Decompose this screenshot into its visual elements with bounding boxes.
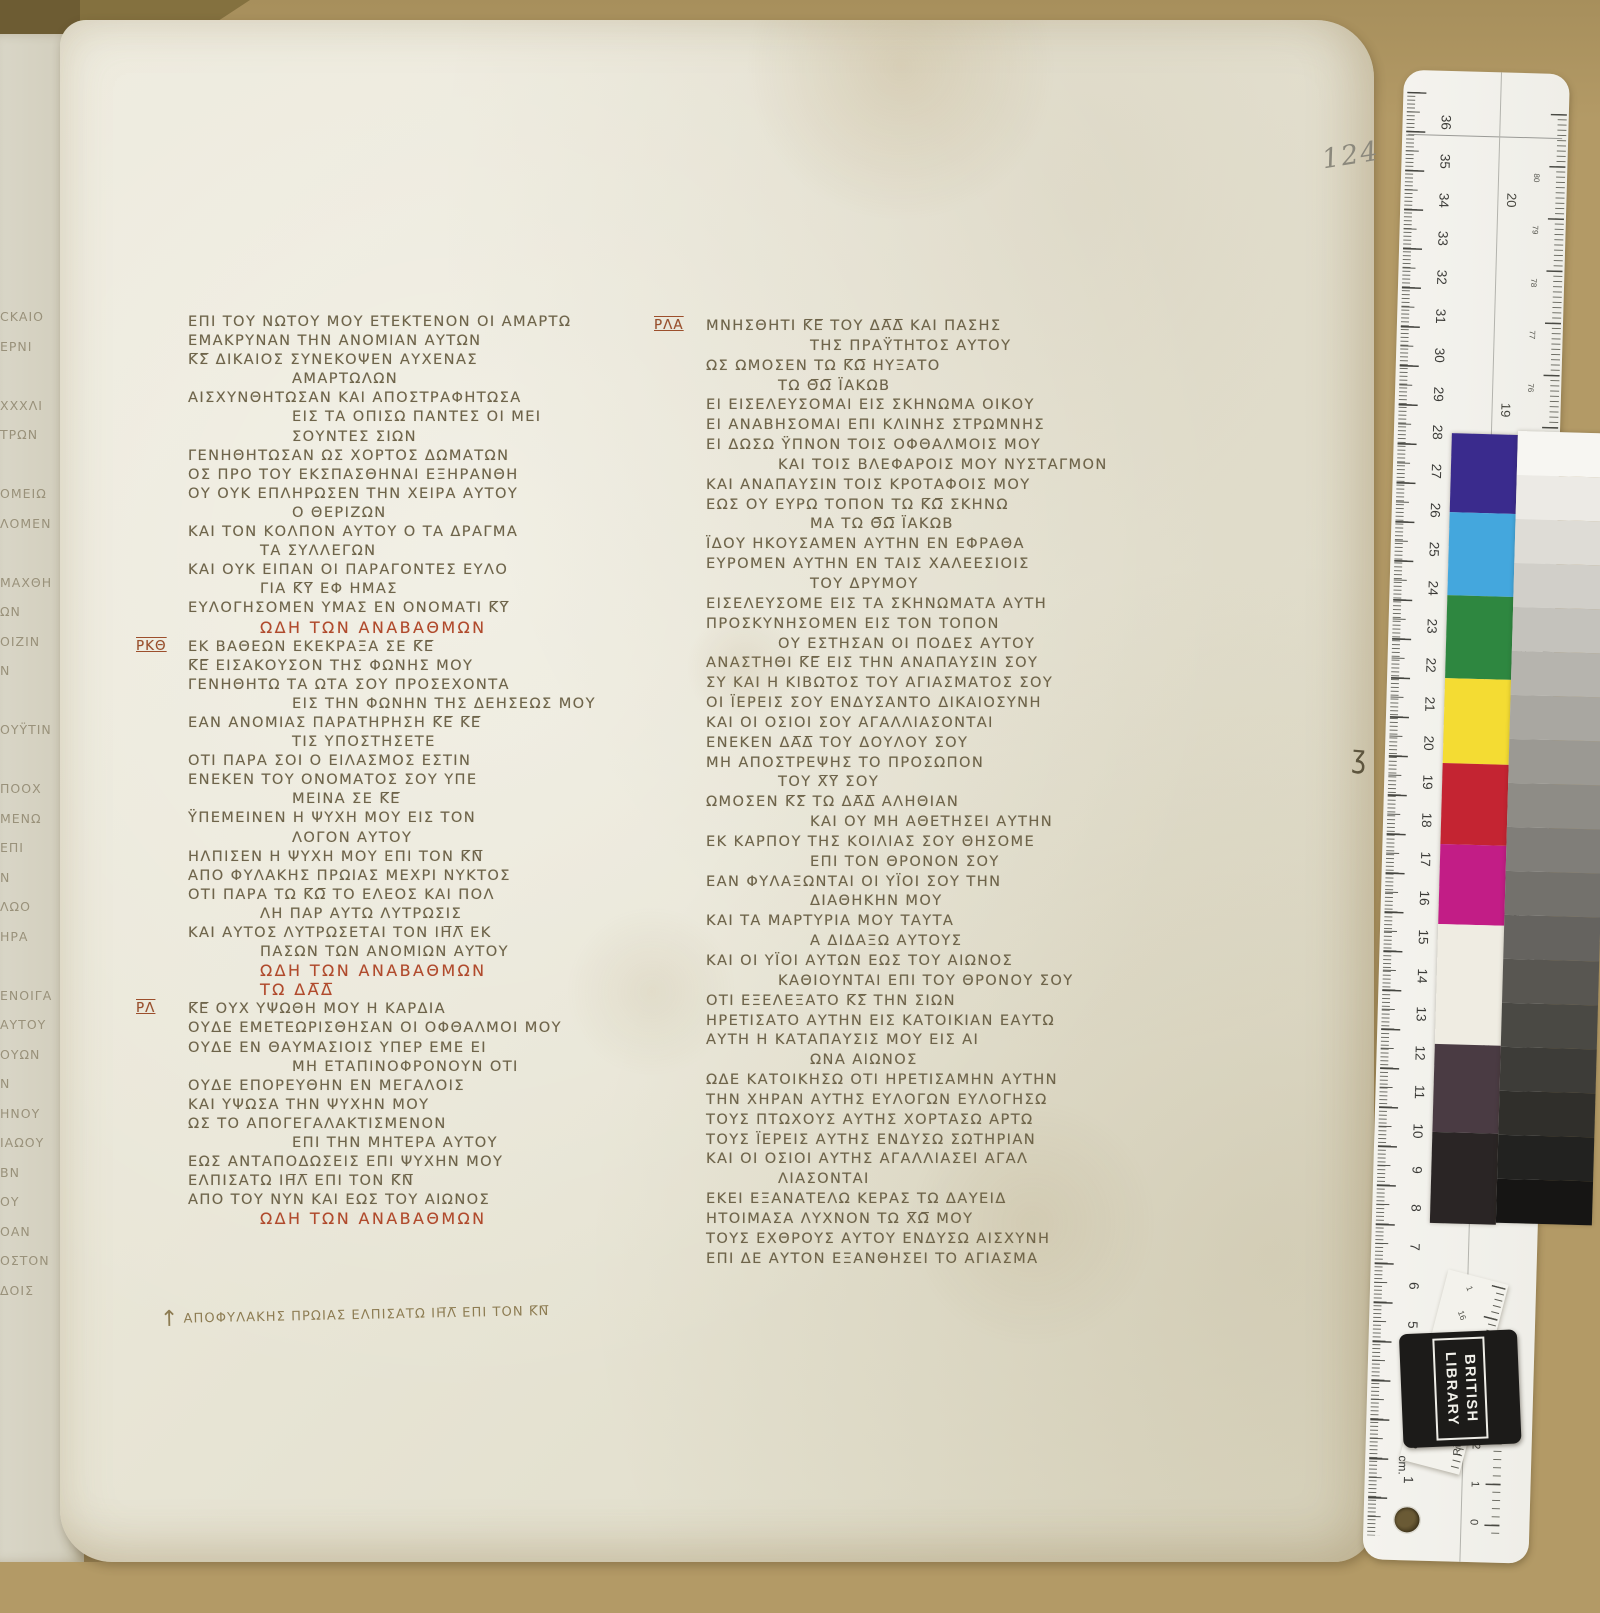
manuscript-photo: { "document": { "folio_number": "124", "… [0, 0, 1600, 1613]
line-text: ΗΤΟΙΜΑΣΑ ΛΥΧΝΟΝ ΤΩ Χ̅Ω̅ ΜΟΥ [706, 1210, 973, 1227]
grayscale-step [1506, 827, 1600, 874]
manuscript-line: ΩΝΑ ΑΙΩΝΟΣ [706, 1050, 1108, 1070]
manuscript-line: ΗΡΕΤΙΣΑΤΟ ΑΥΤΗΝ ΕΙΣ ΚΑΤΟΙΚΙΑΝ ΕΑΥΤΩ [706, 1011, 1108, 1031]
line-text: Α ΔΙΔΑΞΩ ΑΥΤΟΥΣ [810, 932, 962, 949]
manuscript-line: ΕΜΑΚΡΥΝΑΝ ΤΗΝ ΑΝΟΜΙΑΝ ΑΥΤΩΝ [188, 331, 596, 350]
manuscript-line: Κ̅Σ̅ ΔΙΚΑΙΟΣ ΣΥΝΕΚΟΨΕΝ ΑΥΧΕΝΑΣ [188, 350, 596, 369]
ruler-number: 10 [1411, 1123, 1426, 1138]
manuscript-line: ΚΑΙ ΟΙ ΥΪΟΙ ΑΥΤΩΝ ΕΩΣ ΤΟΥ ΑΙΩΝΟΣ [706, 951, 1108, 971]
line-text: ΟΥΔΕ ΕΝ ΘΑΥΜΑΣΙΟΙΣ ΥΠΕΡ ΕΜΕ ΕΙ [188, 1039, 487, 1056]
british-library-label-box: BRITISH LIBRARY [1432, 1337, 1488, 1441]
manuscript-line: ΚΑΙ ΑΝΑΠΑΥΣΙΝ ΤΟΙΣ ΚΡΟΤΑΦΟΙΣ ΜΟΥ [706, 475, 1108, 495]
ruler-number: 11 [1412, 1085, 1427, 1099]
line-text: Κ̅Σ̅ ΔΙΚΑΙΟΣ ΣΥΝΕΚΟΨΕΝ ΑΥΧΕΝΑΣ [188, 351, 478, 368]
manuscript-line: ΤΟΥΣ ΠΤΩΧΟΥΣ ΑΥΤΗΣ ΧΟΡΤΑΣΩ ΑΡΤΩ [706, 1110, 1108, 1130]
line-text: ΚΑΙ ΤΟΝ ΚΟΛΠΟΝ ΑΥΤΟΥ Ο ΤΑ ΔΡΑΓΜΑ [188, 523, 518, 540]
manuscript-line: ΕΛΠΙΣΑΤΩ ΙΗ̅Λ̅ ΕΠΙ ΤΟΝ Κ̅Ν̅ [188, 1171, 596, 1190]
line-text: ΕΥΛΟΓΗΣΟΜΕΝ ΥΜΑΣ ΕΝ ΟΝΟΜΑΤΙ Κ̅Υ̅ [188, 599, 510, 616]
manuscript-line: ΕΙΣ ΤΗΝ ΦΩΝΗΝ ΤΗΣ ΔΕΗΣΕΩΣ ΜΟΥ [188, 694, 596, 713]
folio-number: 124 [1320, 136, 1382, 176]
manuscript-line: ΡΛΑΜΝΗΣΘΗΤΙ Κ̅Ε̅ ΤΟΥ ΔΑ̅Δ̅ ΚΑΙ ΠΑΣΗΣ [706, 316, 1108, 336]
ruler-number: 21 [1423, 696, 1438, 711]
line-text: ΣΥ ΚΑΙ Η ΚΙΒΩΤΟΣ ΤΟΥ ΑΓΙΑΣΜΑΤΟΣ ΣΟΥ [706, 674, 1053, 691]
manuscript-line: ΕΙΣΕΛΕΥΣΟΜΕ ΕΙΣ ΤΑ ΣΚΗΝΩΜΑΤΑ ΑΥΤΗ [706, 594, 1108, 614]
line-text: ΤΟΥΣ ΪΕΡΕΙΣ ΑΥΤΗΣ ΕΝΔΥΣΩ ΣΩΤΗΡΙΑΝ [706, 1131, 1036, 1148]
manuscript-line: ΕΙ ΔΩΣΩ ΫΠΝΟΝ ΤΟΙΣ ΟΦΘΑΛΜΟΙΣ ΜΟΥ [706, 435, 1108, 455]
manuscript-line: ΡΚΘΕΚ ΒΑΘΕΩΝ ΕΚΕΚΡΑΞΑ ΣΕ Κ̅Ε̅ [188, 637, 596, 656]
line-text: ΚΑΘΙΟΥΝΤΑΙ ΕΠΙ ΤΟΥ ΘΡΟΝΟΥ ΣΟΥ [778, 972, 1074, 989]
line-text: ΤΟΥ Χ̅Υ̅ ΣΟΥ [778, 773, 879, 790]
line-text: ΟΙ ΪΕΡΕΙΣ ΣΟΥ ΕΝΔΥΣΑΝΤΟ ΔΙΚΑΙΟΣΥΝΗ [706, 694, 1042, 711]
grayscale-step [1497, 1135, 1594, 1182]
line-text: ΠΑΣΩΝ ΤΩΝ ΑΝΟΜΙΩΝ ΑΥΤΟΥ [260, 943, 509, 960]
manuscript-line: ΤΗΣ ΠΡΑΫΤΗΤΟΣ ΑΥΤΟΥ [706, 336, 1108, 356]
ruler-small-number: 16 [1456, 1309, 1469, 1321]
manuscript-line: ΛΟΓΟΝ ΑΥΤΟΥ [188, 828, 596, 847]
line-text: ΕΙ ΔΩΣΩ ΫΠΝΟΝ ΤΟΙΣ ΟΦΘΑΛΜΟΙΣ ΜΟΥ [706, 436, 1041, 453]
line-text: ΩΔΗ ΤΩΝ ΑΝΑΒΑΘΜΩΝ [260, 618, 487, 637]
ruler-number: 20 [1422, 735, 1437, 750]
line-text: ΕΑΝ ΑΝΟΜΙΑΣ ΠΑΡΑΤΗΡΗΣΗ Κ̅Ε̅ Κ̅Ε̅ [188, 714, 482, 731]
ruler-number: 30 [1432, 347, 1447, 362]
manuscript-line: ΓΙΑ Κ̅Υ̅ ΕΦ ΗΜΑΣ [188, 579, 596, 598]
manuscript-line: ΜΑ ΤΩ Θ̅Ω̅ ΪΑΚΩΒ [706, 514, 1108, 534]
manuscript-line: ΚΑΙ ΑΥΤΟΣ ΛΥΤΡΩΣΕΤΑΙ ΤΟΝ ΙΗ̅Λ̅ ΕΚ [188, 923, 596, 942]
manuscript-line: ΕΠΙ ΤΟΥ ΝΩΤΟΥ ΜΟΥ ΕΤΕΚΤΕΝΟΝ ΟΙ ΑΜΑΡΤΩ [188, 312, 596, 331]
grayscale-step [1502, 959, 1599, 1006]
line-text: ΛΟΓΟΝ ΑΥΤΟΥ [292, 829, 412, 846]
manuscript-line: ΜΗ ΕΤΑΠΙΝΟΦΡΟΝΟΥΝ ΟΤΙ [188, 1057, 596, 1076]
ruler-number: 18 [1419, 813, 1434, 828]
manuscript-line: ΩΔΗ ΤΩΝ ΑΝΑΒΑΘΜΩΝ [188, 1209, 596, 1228]
manuscript-line: ΟΥΔΕ ΕΠΟΡΕΥΘΗΝ ΕΝ ΜΕΓΑΛΟΙΣ [188, 1076, 596, 1095]
text-column-right: ΡΛΑΜΝΗΣΘΗΤΙ Κ̅Ε̅ ΤΟΥ ΔΑ̅Δ̅ ΚΑΙ ΠΑΣΗΣ ΤΗΣ… [706, 316, 1108, 1269]
manuscript-line: ΕΥΡΟΜΕΝ ΑΥΤΗΝ ΕΝ ΤΑΙΣ ΧΑΛΕΕΣΙΟΙΣ [706, 554, 1108, 574]
line-text: ΕΙΣΕΛΕΥΣΟΜΕ ΕΙΣ ΤΑ ΣΚΗΝΩΜΑΤΑ ΑΥΤΗ [706, 595, 1047, 612]
manuscript-line: ΠΑΣΩΝ ΤΩΝ ΑΝΟΜΙΩΝ ΑΥΤΟΥ [188, 942, 596, 961]
line-text: ΫΠΕΜΕΙΝΕΝ Η ΨΥΧΗ ΜΟΥ ΕΙΣ ΤΟΝ [188, 809, 476, 826]
ruler-number: 9 [1410, 1166, 1425, 1174]
line-text: ΚΑΙ ΑΝΑΠΑΥΣΙΝ ΤΟΙΣ ΚΡΟΤΑΦΟΙΣ ΜΟΥ [706, 476, 1031, 493]
line-text: ΤΩ Θ̅Ω̅ ΪΑΚΩΒ [778, 377, 890, 394]
color-patch [1435, 924, 1504, 1046]
manuscript-line: Κ̅Ε̅ ΕΙΣΑΚΟΥΣΟΝ ΤΗΣ ΦΩΝΗΣ ΜΟΥ [188, 656, 596, 675]
manuscript-line: ΤΟΥ ΔΡΥΜΟΥ [706, 574, 1108, 594]
insertion-arrow-mark: ↑ [160, 1307, 180, 1332]
line-text: ΗΡΕΤΙΣΑΤΟ ΑΥΤΗΝ ΕΙΣ ΚΑΤΟΙΚΙΑΝ ΕΑΥΤΩ [706, 1012, 1055, 1029]
line-text: ΕΙΣ ΤΑ ΟΠΙΣΩ ΠΑΝΤΕΣ ΟΙ ΜΕΙ [292, 408, 542, 425]
line-text: ΕΙ ΑΝΑΒΗΣΟΜΑΙ ΕΠΙ ΚΛΙΝΗΣ ΣΤΡΩΜΝΗΣ [706, 416, 1045, 433]
manuscript-line: ΑΥΤΗ Η ΚΑΤΑΠΑΥΣΙΣ ΜΟΥ ΕΙΣ ΑΙ [706, 1030, 1108, 1050]
ruler-number: 22 [1424, 658, 1439, 673]
line-text: ΩΔΗ ΤΩΝ ΑΝΑΒΑΘΜΩΝ [260, 961, 487, 980]
manuscript-line: ΜΗ ΑΠΟΣΤΡΕΨΗΣ ΤΟ ΠΡΟΣΩΠΟΝ [706, 753, 1108, 773]
ruler-number: 14 [1415, 968, 1430, 983]
library-label-line2: LIBRARY [1440, 1352, 1462, 1427]
line-text: ΕΙ ΕΙΣΕΛΕΥΣΟΜΑΙ ΕΙΣ ΣΚΗΝΩΜΑ ΟΙΚΟΥ [706, 396, 1035, 413]
manuscript-line: ΚΑΙ ΤΑ ΜΑΡΤΥΡΙΑ ΜΟΥ ΤΑΥΤΑ [706, 911, 1108, 931]
manuscript-line: ΕΚΕΙ ΕΞΑΝΑΤΕΛΩ ΚΕΡΑΣ ΤΩ ΔΑΥΕΙΔ [706, 1189, 1108, 1209]
color-patch [1432, 1044, 1500, 1134]
margin-squiggle-mark: ʒ [1351, 738, 1367, 775]
line-text: ΠΡΟΣΚΥΝΗΣΟΜΕΝ ΕΙΣ ΤΟΝ ΤΟΠΟΝ [706, 615, 1000, 632]
manuscript-line: ΤΙΣ ΥΠΟΣΤΗΣΕΤΕ [188, 732, 596, 751]
manuscript-line: ΟΙ ΪΕΡΕΙΣ ΣΟΥ ΕΝΔΥΣΑΝΤΟ ΔΙΚΑΙΟΣΥΝΗ [706, 693, 1108, 713]
line-text: ΕΠΙ ΤΗΝ ΜΗΤΕΡΑ ΑΥΤΟΥ [292, 1134, 498, 1151]
color-patch [1445, 595, 1513, 680]
manuscript-line: ΑΜΑΡΤΩΛΩΝ [188, 369, 596, 388]
line-text: ΜΗ ΑΠΟΣΤΡΕΨΗΣ ΤΟ ΠΡΟΣΩΠΟΝ [706, 754, 984, 771]
manuscript-line: ΩΜΟΣΕΝ Κ̅Σ̅ ΤΩ ΔΑ̅Δ̅ ΑΛΗΘΙΑΝ [706, 792, 1108, 812]
line-text: ΚΑΙ ΑΥΤΟΣ ΛΥΤΡΩΣΕΤΑΙ ΤΟΝ ΙΗ̅Λ̅ ΕΚ [188, 924, 492, 941]
line-text: ΤΑ ΣΥΛΛΕΓΩΝ [260, 542, 376, 559]
manuscript-line: ΑΠΟ ΦΥΛΑΚΗΣ ΠΡΩΙΑΣ ΜΕΧΡΙ ΝΥΚΤΟΣ [188, 866, 596, 885]
line-text: ΚΑΙ ΤΟΙΣ ΒΛΕΦΑΡΟΙΣ ΜΟΥ ΝΥΣΤΑΓΜΟΝ [778, 456, 1108, 473]
ruler-number: 24 [1426, 580, 1441, 595]
color-patch [1430, 1132, 1499, 1225]
line-text: ΕΙΣ ΤΗΝ ΦΩΝΗΝ ΤΗΣ ΔΕΗΣΕΩΣ ΜΟΥ [292, 695, 596, 712]
manuscript-line: ΟΥΔΕ ΕΝ ΘΑΥΜΑΣΙΟΙΣ ΥΠΕΡ ΕΜΕ ΕΙ [188, 1038, 596, 1057]
line-text: ΛΙΑΣΟΝΤΑΙ [778, 1170, 870, 1187]
manuscript-line: ΤΟΥΣ ΕΧΘΡΟΥΣ ΑΥΤΟΥ ΕΝΔΥΣΩ ΑΙΣΧΥΝΗ [706, 1229, 1108, 1249]
ruler-number: 27 [1429, 464, 1444, 479]
manuscript-line: Ο ΘΕΡΙΖΩΝ [188, 503, 596, 522]
ruler-number: 31 [1433, 309, 1448, 324]
manuscript-line: ΟΥ ΕΣΤΗΣΑΝ ΟΙ ΠΟΔΕΣ ΑΥΤΟΥ [706, 634, 1108, 654]
line-text: ΕΝΕΚΕΝ ΔΑ̅Δ̅ ΤΟΥ ΔΟΥΛΟΥ ΣΟΥ [706, 734, 968, 751]
grayscale-step [1500, 1047, 1597, 1094]
manuscript-line: ΕΠΙ ΤΗΝ ΜΗΤΕΡΑ ΑΥΤΟΥ [188, 1133, 596, 1152]
manuscript-line: ΕΙ ΑΝΑΒΗΣΟΜΑΙ ΕΠΙ ΚΛΙΝΗΣ ΣΤΡΩΜΝΗΣ [706, 415, 1108, 435]
ruler-number: 8 [1409, 1204, 1424, 1212]
manuscript-line: ΤΟΥΣ ΪΕΡΕΙΣ ΑΥΤΗΣ ΕΝΔΥΣΩ ΣΩΤΗΡΙΑΝ [706, 1130, 1108, 1150]
manuscript-line: ΕΝΕΚΕΝ ΔΑ̅Δ̅ ΤΟΥ ΔΟΥΛΟΥ ΣΟΥ [706, 733, 1108, 753]
line-text: ΕΠΙ ΤΟΝ ΘΡΟΝΟΝ ΣΟΥ [810, 853, 1000, 870]
color-patch [1438, 844, 1506, 926]
ruler-number: 1 [1401, 1476, 1416, 1484]
line-text: ΩΝΑ ΑΙΩΝΟΣ [810, 1051, 918, 1068]
manuscript-line: ΣΟΥΝΤΕΣ ΣΙΩΝ [188, 427, 596, 446]
line-text: ΟΤΙ ΕΞΕΛΕΞΑΤΟ Κ̅Σ̅ ΤΗΝ ΣΙΩΝ [706, 992, 956, 1009]
manuscript-line: ΚΑΙ ΤΟΙΣ ΒΛΕΦΑΡΟΙΣ ΜΟΥ ΝΥΣΤΑΓΜΟΝ [706, 455, 1108, 475]
ruler-number: 28 [1430, 425, 1445, 440]
line-text: ΕΚ ΚΑΡΠΟΥ ΤΗΣ ΚΟΙΛΙΑΣ ΣΟΥ ΘΗΣΟΜΕ [706, 833, 1035, 850]
line-text: ΓΕΝΗΘΗΤΩΣΑΝ ΩΣ ΧΟΡΤΟΣ ΔΩΜΑΤΩΝ [188, 447, 509, 464]
ruler-number: 26 [1428, 502, 1443, 517]
manuscript-line: ΕΙΣ ΤΑ ΟΠΙΣΩ ΠΑΝΤΕΣ ΟΙ ΜΕΙ [188, 407, 596, 426]
line-text: ΕΝΕΚΕΝ ΤΟΥ ΟΝΟΜΑΤΟΣ ΣΟΥ ΥΠΕ [188, 771, 478, 788]
manuscript-line: ΤΟΥ Χ̅Υ̅ ΣΟΥ [706, 772, 1108, 792]
psalm-number-marginal: ΡΚΘ [136, 637, 167, 656]
ruler-number: 34 [1437, 192, 1452, 207]
measuring-ruler: 3635343332313029282726252423222120191817… [1362, 70, 1570, 1564]
manuscript-line: ΚΑΙ ΟΙ ΟΣΙΟΙ ΣΟΥ ΑΓΑΛΛΙΑΣΟΝΤΑΙ [706, 713, 1108, 733]
line-text: ΜΝΗΣΘΗΤΙ Κ̅Ε̅ ΤΟΥ ΔΑ̅Δ̅ ΚΑΙ ΠΑΣΗΣ [706, 317, 1001, 334]
corrector-marginal-note: ↑ΑΠΟΦΥΛΑΚΗΣ ΠΡΩΙΑΣ ΕΛΠΙΣΑΤΩ ΙΗ̅Λ̅ ΕΠΙ ΤΟ… [160, 1299, 550, 1332]
line-text: ΚΑΙ ΟΥΚ ΕΙΠΑΝ ΟΙ ΠΑΡΑΓΟΝΤΕΣ ΕΥΛΟ [188, 561, 508, 578]
manuscript-line: ΟΤΙ ΠΑΡΑ ΤΩ Κ̅Ω̅ ΤΟ ΕΛΕΟΣ ΚΑΙ ΠΟΛ [188, 885, 596, 904]
manuscript-line: ΚΑΙ ΤΟΝ ΚΟΛΠΟΝ ΑΥΤΟΥ Ο ΤΑ ΔΡΑΓΜΑ [188, 522, 596, 541]
line-text: ΚΑΙ ΟΥ ΜΗ ΑΘΕΤΗΣΕΙ ΑΥΤΗΝ [810, 813, 1053, 830]
line-text: ΓΙΑ Κ̅Υ̅ ΕΦ ΗΜΑΣ [260, 580, 398, 597]
line-text: ΪΔΟΥ ΗΚΟΥΣΑΜΕΝ ΑΥΤΗΝ ΕΝ ΕΦΡΑΘΑ [706, 535, 1025, 552]
manuscript-line: ΤΩ ΔΑ̅Δ̅ [188, 980, 596, 999]
manuscript-line: ΡΛΚ̅Ε̅ ΟΥΧ ΥΨΩΘΗ ΜΟΥ Η ΚΑΡΔΙΑ [188, 999, 596, 1018]
manuscript-line: ΗΤΟΙΜΑΣΑ ΛΥΧΝΟΝ ΤΩ Χ̅Ω̅ ΜΟΥ [706, 1209, 1108, 1229]
color-patch [1450, 433, 1518, 514]
line-text: ΟΥ ΟΥΚ ΕΠΛΗΡΩΣΕΝ ΤΗΝ ΧΕΙΡΑ ΑΥΤΟΥ [188, 485, 518, 502]
manuscript-line: ΕΑΝ ΑΝΟΜΙΑΣ ΠΑΡΑΤΗΡΗΣΗ Κ̅Ε̅ Κ̅Ε̅ [188, 713, 596, 732]
line-text: ΜΑ ΤΩ Θ̅Ω̅ ΪΑΚΩΒ [810, 515, 954, 532]
manuscript-line: ΕΑΝ ΦΥΛΑΞΩΝΤΑΙ ΟΙ ΥΪΟΙ ΣΟΥ ΤΗΝ [706, 872, 1108, 892]
manuscript-line: ΑΝΑΣΤΗΘΙ Κ̅Ε̅ ΕΙΣ ΤΗΝ ΑΝΑΠΑΥΣΙΝ ΣΟΥ [706, 653, 1108, 673]
grayscale-step [1507, 783, 1600, 830]
manuscript-line: ΩΣ ΤΟ ΑΠΟΓΕΓΑΛΑΚΤΙΣΜΕΝΟΝ [188, 1114, 596, 1133]
ruler-number: 19 [1420, 774, 1435, 789]
manuscript-line: ΚΑΙ ΟΥΚ ΕΙΠΑΝ ΟΙ ΠΑΡΑΓΟΝΤΕΣ ΕΥΛΟ [188, 560, 596, 579]
line-text: ΕΚ ΒΑΘΕΩΝ ΕΚΕΚΡΑΞΑ ΣΕ Κ̅Ε̅ [188, 638, 435, 655]
manuscript-line: ΤΑ ΣΥΛΛΕΓΩΝ [188, 541, 596, 560]
ruler-number: 5 [1405, 1321, 1420, 1329]
line-text: ΑΥΤΗ Η ΚΑΤΑΠΑΥΣΙΣ ΜΟΥ ΕΙΣ ΑΙ [706, 1031, 979, 1048]
color-patch [1440, 763, 1508, 846]
line-text: ΕΜΑΚΡΥΝΑΝ ΤΗΝ ΑΝΟΜΙΑΝ ΑΥΤΩΝ [188, 332, 481, 349]
ruler-number: 25 [1427, 541, 1442, 556]
manuscript-line: ΛΗ ΠΑΡ ΑΥΤΩ ΛΥΤΡΩΣΙΣ [188, 904, 596, 923]
line-text: ΟΣ ΠΡΟ ΤΟΥ ΕΚΣΠΑΣΘΗΝΑΙ ΕΞΗΡΑΝΘΗ [188, 466, 519, 483]
line-text: ΤΩ ΔΑ̅Δ̅ [260, 980, 334, 999]
line-text: ΕΛΠΙΣΑΤΩ ΙΗ̅Λ̅ ΕΠΙ ΤΟΝ Κ̅Ν̅ [188, 1172, 414, 1189]
manuscript-line: ΓΕΝΗΘΗΤΩ ΤΑ ΩΤΑ ΣΟΥ ΠΡΟΣΕΧΟΝΤΑ [188, 675, 596, 694]
manuscript-line: ΚΑΙ ΟΙ ΟΣΙΟΙ ΑΥΤΗΣ ΑΓΑΛΛΙΑΣΕΙ ΑΓΑΛ [706, 1149, 1108, 1169]
line-text: ΔΙΑΘΗΚΗΝ ΜΟΥ [810, 892, 943, 909]
ruler-number: 23 [1425, 619, 1440, 634]
manuscript-line: ΩΔΗ ΤΩΝ ΑΝΑΒΑΘΜΩΝ [188, 618, 596, 637]
color-patch [1447, 512, 1515, 597]
manuscript-line: ΕΩΣ ΑΝΤΑΠΟΔΩΣΕΙΣ ΕΠΙ ΨΥΧΗΝ ΜΟΥ [188, 1152, 596, 1171]
grayscale-step [1516, 475, 1600, 522]
grayscale-step [1511, 651, 1600, 698]
line-text: ΩΣ ΤΟ ΑΠΟΓΕΓΑΛΑΚΤΙΣΜΕΝΟΝ [188, 1115, 447, 1132]
color-patch [1443, 678, 1511, 765]
psalm-number-marginal: ΡΛΑ [654, 316, 684, 336]
manuscript-line: ΚΑΙ ΟΥ ΜΗ ΑΘΕΤΗΣΕΙ ΑΥΤΗΝ [706, 812, 1108, 832]
line-text: Κ̅Ε̅ ΟΥΧ ΥΨΩΘΗ ΜΟΥ Η ΚΑΡΔΙΑ [188, 1000, 446, 1017]
manuscript-line: ΓΕΝΗΘΗΤΩΣΑΝ ΩΣ ΧΟΡΤΟΣ ΔΩΜΑΤΩΝ [188, 446, 596, 465]
manuscript-line: ΟΣ ΠΡΟ ΤΟΥ ΕΚΣΠΑΣΘΗΝΑΙ ΕΞΗΡΑΝΘΗ [188, 465, 596, 484]
psalm-number-marginal: ΡΛ [136, 999, 155, 1018]
line-text: ΤΗΝ ΧΗΡΑΝ ΑΥΤΗΣ ΕΥΛΟΓΩΝ ΕΥΛΟΓΗΣΩ [706, 1091, 1048, 1108]
ruler-number: 20 [1504, 193, 1519, 208]
ruler-number: 36 [1439, 115, 1454, 130]
line-text: ΩΣ ΩΜΟΣΕΝ ΤΩ Κ̅Ω̅ ΗΥΞΑΤΟ [706, 357, 941, 374]
line-text: ΟΥΔΕ ΕΠΟΡΕΥΘΗΝ ΕΝ ΜΕΓΑΛΟΙΣ [188, 1077, 465, 1094]
line-text: ΣΟΥΝΤΕΣ ΣΙΩΝ [292, 428, 417, 445]
ruler-number: 32 [1435, 270, 1450, 285]
line-text: ΤΟΥΣ ΠΤΩΧΟΥΣ ΑΥΤΗΣ ΧΟΡΤΑΣΩ ΑΡΤΩ [706, 1111, 1034, 1128]
line-text: ΑΜΑΡΤΩΛΩΝ [292, 370, 398, 387]
ruler-number: 1 [1468, 1481, 1480, 1487]
ruler-number: 7 [1408, 1243, 1423, 1251]
manuscript-line: ΣΥ ΚΑΙ Η ΚΙΒΩΤΟΣ ΤΟΥ ΑΓΙΑΣΜΑΤΟΣ ΣΟΥ [706, 673, 1108, 693]
line-text: ΤΗΣ ΠΡΑΫΤΗΤΟΣ ΑΥΤΟΥ [810, 337, 1011, 354]
line-text: ΕΑΝ ΦΥΛΑΞΩΝΤΑΙ ΟΙ ΥΪΟΙ ΣΟΥ ΤΗΝ [706, 873, 1001, 890]
ruler-number: 6 [1406, 1282, 1421, 1290]
line-text: ΕΩΣ ΟΥ ΕΥΡΩ ΤΟΠΟΝ ΤΩ Κ̅Ω̅ ΣΚΗΝΩ [706, 496, 1009, 513]
ruler-number: 15 [1416, 929, 1431, 944]
manuscript-line: ΕΠΙ ΔΕ ΑΥΤΟΝ ΕΞΑΝΘΗΣΕΙ ΤΟ ΑΓΙΑΣΜΑ [706, 1249, 1108, 1269]
line-text: Ο ΘΕΡΙΖΩΝ [292, 504, 387, 521]
cm-unit-label: cm. [1395, 1455, 1410, 1475]
line-text: ΟΤΙ ΠΑΡΑ ΣΟΙ Ο ΕΙΛΑΣΜΟΣ ΕΣΤΙΝ [188, 752, 471, 769]
marginal-note-text: ΑΠΟΦΥΛΑΚΗΣ ΠΡΩΙΑΣ ΕΛΠΙΣΑΤΩ ΙΗ̅Λ̅ ΕΠΙ ΤΟΝ… [183, 1304, 549, 1327]
grayscale-step [1498, 1091, 1595, 1138]
ruler-number: 13 [1414, 1007, 1429, 1022]
manuscript-line: ΟΥ ΟΥΚ ΕΠΛΗΡΩΣΕΝ ΤΗΝ ΧΕΙΡΑ ΑΥΤΟΥ [188, 484, 596, 503]
manuscript-line: ΕΥΛΟΓΗΣΟΜΕΝ ΥΜΑΣ ΕΝ ΟΝΟΜΑΤΙ Κ̅Υ̅ [188, 598, 596, 617]
line-text: ΑΙΣΧΥΝΘΗΤΩΣΑΝ ΚΑΙ ΑΠΟΣΤΡΑΦΗΤΩΣΑ [188, 389, 522, 406]
grayscale-step [1496, 1179, 1593, 1226]
manuscript-line: ΗΛΠΙΣΕΝ Η ΨΥΧΗ ΜΟΥ ΕΠΙ ΤΟΝ Κ̅Ν̅ [188, 847, 596, 866]
line-text: ΚΑΙ ΟΙ ΥΪΟΙ ΑΥΤΩΝ ΕΩΣ ΤΟΥ ΑΙΩΝΟΣ [706, 952, 1013, 969]
manuscript-line: ΚΑΙ ΥΨΩΣΑ ΤΗΝ ΨΥΧΗΝ ΜΟΥ [188, 1095, 596, 1114]
grayscale-step [1509, 695, 1600, 742]
manuscript-line: ΜΕΙΝΑ ΣΕ Κ̅Ε̅ [188, 789, 596, 808]
line-text: ΑΝΑΣΤΗΘΙ Κ̅Ε̅ ΕΙΣ ΤΗΝ ΑΝΑΠΑΥΣΙΝ ΣΟΥ [706, 654, 1038, 671]
ruler-number: 12 [1413, 1045, 1428, 1060]
manuscript-line: ΫΠΕΜΕΙΝΕΝ Η ΨΥΧΗ ΜΟΥ ΕΙΣ ΤΟΝ [188, 808, 596, 827]
line-text: ΩΔΗ ΤΩΝ ΑΝΑΒΑΘΜΩΝ [260, 1209, 487, 1228]
line-text: ΚΑΙ ΥΨΩΣΑ ΤΗΝ ΨΥΧΗΝ ΜΟΥ [188, 1096, 429, 1113]
line-text: ΕΚΕΙ ΕΞΑΝΑΤΕΛΩ ΚΕΡΑΣ ΤΩ ΔΑΥΕΙΔ [706, 1190, 1007, 1207]
manuscript-line: ΛΙΑΣΟΝΤΑΙ [706, 1169, 1108, 1189]
manuscript-line: ΠΡΟΣΚΥΝΗΣΟΜΕΝ ΕΙΣ ΤΟΝ ΤΟΠΟΝ [706, 614, 1108, 634]
line-text: ΤΟΥ ΔΡΥΜΟΥ [810, 575, 919, 592]
line-text: ΚΑΙ ΟΙ ΟΣΙΟΙ ΑΥΤΗΣ ΑΓΑΛΛΙΑΣΕΙ ΑΓΑΛ [706, 1150, 1028, 1167]
line-text: ΤΟΥΣ ΕΧΘΡΟΥΣ ΑΥΤΟΥ ΕΝΔΥΣΩ ΑΙΣΧΥΝΗ [706, 1230, 1050, 1247]
manuscript-line: ΕΚ ΚΑΡΠΟΥ ΤΗΣ ΚΟΙΛΙΑΣ ΣΟΥ ΘΗΣΟΜΕ [706, 832, 1108, 852]
manuscript-line: ΟΤΙ ΠΑΡΑ ΣΟΙ Ο ΕΙΛΑΣΜΟΣ ΕΣΤΙΝ [188, 751, 596, 770]
manuscript-line: ΟΥΔΕ ΕΜΕΤΕΩΡΙΣΘΗΣΑΝ ΟΙ ΟΦΘΑΛΜΟΙ ΜΟΥ [188, 1018, 596, 1037]
grayscale-step [1514, 519, 1600, 566]
british-library-label: BRITISH LIBRARY [1399, 1329, 1522, 1448]
line-text: ΜΕΙΝΑ ΣΕ Κ̅Ε̅ [292, 790, 401, 807]
manuscript-line: ΤΗΝ ΧΗΡΑΝ ΑΥΤΗΣ ΕΥΛΟΓΩΝ ΕΥΛΟΓΗΣΩ [706, 1090, 1108, 1110]
manuscript-line: ΩΔΗ ΤΩΝ ΑΝΑΒΑΘΜΩΝ [188, 961, 596, 980]
line-text: ΟΤΙ ΠΑΡΑ ΤΩ Κ̅Ω̅ ΤΟ ΕΛΕΟΣ ΚΑΙ ΠΟΛ [188, 886, 495, 903]
line-text: ΗΛΠΙΣΕΝ Η ΨΥΧΗ ΜΟΥ ΕΠΙ ΤΟΝ Κ̅Ν̅ [188, 848, 484, 865]
line-text: ΕΩΣ ΑΝΤΑΠΟΔΩΣΕΙΣ ΕΠΙ ΨΥΧΗΝ ΜΟΥ [188, 1153, 503, 1170]
line-text: ΛΗ ΠΑΡ ΑΥΤΩ ΛΥΤΡΩΣΙΣ [260, 905, 462, 922]
ruler-number: 33 [1436, 231, 1451, 246]
grayscale-step [1513, 563, 1600, 610]
grayscale-step [1508, 739, 1600, 786]
line-text: ΕΥΡΟΜΕΝ ΑΥΤΗΝ ΕΝ ΤΑΙΣ ΧΑΛΕΕΣΙΟΙΣ [706, 555, 1030, 572]
line-text: ΤΙΣ ΥΠΟΣΤΗΣΕΤΕ [292, 733, 436, 750]
manuscript-line: ΑΠΟ ΤΟΥ ΝΥΝ ΚΑΙ ΕΩΣ ΤΟΥ ΑΙΩΝΟΣ [188, 1190, 596, 1209]
manuscript-line: Α ΔΙΔΑΞΩ ΑΥΤΟΥΣ [706, 931, 1108, 951]
ruler-hanging-hole [1394, 1507, 1420, 1533]
line-text: ΩΔΕ ΚΑΤΟΙΚΗΣΩ ΟΤΙ ΗΡΕΤΙΣΑΜΗΝ ΑΥΤΗΝ [706, 1071, 1058, 1088]
grayscale-step [1512, 607, 1600, 654]
ruler-number: 35 [1438, 153, 1453, 168]
manuscript-line: ΕΝΕΚΕΝ ΤΟΥ ΟΝΟΜΑΤΟΣ ΣΟΥ ΥΠΕ [188, 770, 596, 789]
line-text: ΩΜΟΣΕΝ Κ̅Σ̅ ΤΩ ΔΑ̅Δ̅ ΑΛΗΘΙΑΝ [706, 793, 959, 810]
line-text: ΟΥΔΕ ΕΜΕΤΕΩΡΙΣΘΗΣΑΝ ΟΙ ΟΦΘΑΛΜΟΙ ΜΟΥ [188, 1019, 562, 1036]
ruler-number: 29 [1431, 386, 1446, 401]
manuscript-line: ΑΙΣΧΥΝΘΗΤΩΣΑΝ ΚΑΙ ΑΠΟΣΤΡΑΦΗΤΩΣΑ [188, 388, 596, 407]
manuscript-line: ΩΔΕ ΚΑΤΟΙΚΗΣΩ ΟΤΙ ΗΡΕΤΙΣΑΜΗΝ ΑΥΤΗΝ [706, 1070, 1108, 1090]
grayscale-step [1504, 871, 1600, 918]
grayscale-step [1517, 431, 1600, 478]
manuscript-line: ΔΙΑΘΗΚΗΝ ΜΟΥ [706, 891, 1108, 911]
manuscript-line: ΕΩΣ ΟΥ ΕΥΡΩ ΤΟΠΟΝ ΤΩ Κ̅Ω̅ ΣΚΗΝΩ [706, 495, 1108, 515]
line-text: ΑΠΟ ΤΟΥ ΝΥΝ ΚΑΙ ΕΩΣ ΤΟΥ ΑΙΩΝΟΣ [188, 1191, 490, 1208]
ruler-number: 19 [1498, 403, 1513, 418]
library-label-line1: BRITISH [1459, 1351, 1481, 1426]
manuscript-line: ΕΠΙ ΤΟΝ ΘΡΟΝΟΝ ΣΟΥ [706, 852, 1108, 872]
manuscript-line: ΪΔΟΥ ΗΚΟΥΣΑΜΕΝ ΑΥΤΗΝ ΕΝ ΕΦΡΑΘΑ [706, 534, 1108, 554]
line-text: ΚΑΙ ΤΑ ΜΑΡΤΥΡΙΑ ΜΟΥ ΤΑΥΤΑ [706, 912, 954, 929]
manuscript-line: ΕΙ ΕΙΣΕΛΕΥΣΟΜΑΙ ΕΙΣ ΣΚΗΝΩΜΑ ΟΙΚΟΥ [706, 395, 1108, 415]
ruler-number: 16 [1417, 890, 1432, 905]
line-text: ΚΑΙ ΟΙ ΟΣΙΟΙ ΣΟΥ ΑΓΑΛΛΙΑΣΟΝΤΑΙ [706, 714, 994, 731]
manuscript-line: ΟΤΙ ΕΞΕΛΕΞΑΤΟ Κ̅Σ̅ ΤΗΝ ΣΙΩΝ [706, 991, 1108, 1011]
line-text: Κ̅Ε̅ ΕΙΣΑΚΟΥΣΟΝ ΤΗΣ ΦΩΝΗΣ ΜΟΥ [188, 657, 473, 674]
ruler-number: 0 [1467, 1519, 1479, 1525]
ruler-small-number: 1 [1464, 1284, 1475, 1292]
line-text: ΕΠΙ ΤΟΥ ΝΩΤΟΥ ΜΟΥ ΕΤΕΚΤΕΝΟΝ ΟΙ ΑΜΑΡΤΩ [188, 313, 571, 330]
text-column-left: ΕΠΙ ΤΟΥ ΝΩΤΟΥ ΜΟΥ ΕΤΕΚΤΕΝΟΝ ΟΙ ΑΜΑΡΤΩ ΕΜ… [188, 312, 596, 1229]
line-text: ΓΕΝΗΘΗΤΩ ΤΑ ΩΤΑ ΣΟΥ ΠΡΟΣΕΧΟΝΤΑ [188, 676, 510, 693]
ruler-number: 17 [1418, 852, 1433, 867]
manuscript-line: ΩΣ ΩΜΟΣΕΝ ΤΩ Κ̅Ω̅ ΗΥΞΑΤΟ [706, 356, 1108, 376]
manuscript-line: ΤΩ Θ̅Ω̅ ΪΑΚΩΒ [706, 376, 1108, 396]
manuscript-line: ΚΑΘΙΟΥΝΤΑΙ ΕΠΙ ΤΟΥ ΘΡΟΝΟΥ ΣΟΥ [706, 971, 1108, 991]
grayscale-step [1503, 915, 1600, 962]
line-text: ΑΠΟ ΦΥΛΑΚΗΣ ΠΡΩΙΑΣ ΜΕΧΡΙ ΝΥΚΤΟΣ [188, 867, 511, 884]
line-text: ΟΥ ΕΣΤΗΣΑΝ ΟΙ ΠΟΔΕΣ ΑΥΤΟΥ [778, 635, 1035, 652]
line-text: ΕΠΙ ΔΕ ΑΥΤΟΝ ΕΞΑΝΘΗΣΕΙ ΤΟ ΑΓΙΑΣΜΑ [706, 1250, 1038, 1267]
grayscale-step [1501, 1003, 1598, 1050]
line-text: ΜΗ ΕΤΑΠΙΝΟΦΡΟΝΟΥΝ ΟΤΙ [292, 1058, 519, 1075]
manuscript-page: 124 ΕΠΙ ΤΟΥ ΝΩΤΟΥ ΜΟΥ ΕΤΕΚΤΕΝΟΝ ΟΙ ΑΜΑΡΤ… [60, 20, 1374, 1562]
